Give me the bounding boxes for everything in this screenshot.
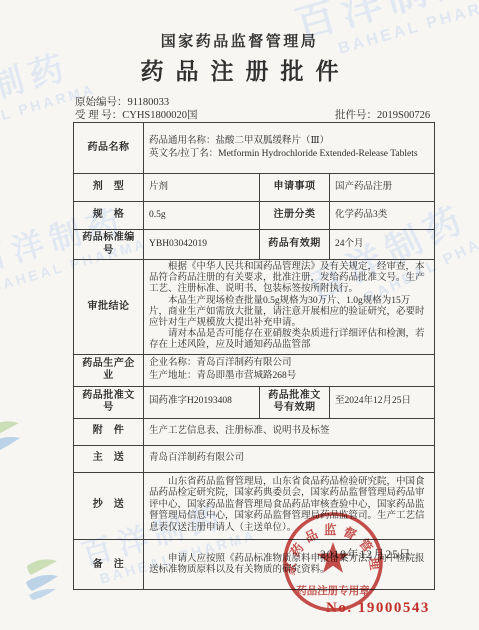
- approval-validity-label: 药品批准文号有效期: [260, 386, 330, 418]
- reg-class-value: 化学药品3类: [330, 202, 435, 230]
- drug-english-name: 英文名/拉丁名：Metformin Hydrochloride Extended…: [149, 148, 429, 161]
- manufacturer-cell: 企业名称：青岛百洋制药有限公司 生产地址：青岛即墨市营城路268号: [144, 354, 435, 386]
- table-row: 附 件 生产工艺信息表、注册标准、说明书及标签: [74, 418, 435, 445]
- application-value: 国产药品注册: [330, 174, 435, 202]
- approval-validity-value: 至2024年12月25日: [330, 386, 435, 418]
- table-row: 剂 型 片剂 申请事项 国产药品注册: [74, 174, 435, 202]
- drug-generic-name: 药品通用名称：盐酸二甲双胍缓释片（Ⅲ）: [149, 135, 429, 148]
- main-recipient-value: 青岛百洋制药有限公司: [144, 445, 435, 472]
- conclusion-paragraph-2: 本品生产现场检查批量0.5g规格为30万片、1.0g规格为15万片，商业生产如需…: [149, 296, 429, 330]
- reg-class-label: 注册分类: [260, 202, 330, 230]
- approval-doc-number-value: 2019S00726: [377, 110, 430, 121]
- baheal-logo-icon: [0, 420, 22, 464]
- baheal-logo-icon: [24, 558, 60, 602]
- table-row: 药品生产企业 企业名称：青岛百洋制药有限公司 生产地址：青岛即墨市营城路268号: [74, 354, 435, 386]
- issuing-authority-title: 国家药品监督管理局: [0, 30, 479, 51]
- main-recipient-label: 主 送: [74, 445, 144, 472]
- table-row: 药品批准文号 国药准字H20193408 药品批准文号有效期 至2024年12月…: [74, 386, 435, 418]
- conclusion-cell: 根据《中华人民共和国药品管理法》及有关规定，经审查，本品符合药品注册的有关要求，…: [144, 260, 435, 355]
- table-row: 审批结论 根据《中华人民共和国药品管理法》及有关规定，经审查，本品符合药品注册的…: [74, 260, 435, 355]
- approval-document-page: 百洋制药 BAHEAL PHARMA 百洋制药 BAHEAL PHARMA 百洋…: [0, 0, 479, 630]
- table-row: 主 送 青岛百洋制药有限公司: [74, 445, 435, 472]
- seal-type-text: 药品注册专用章: [296, 584, 370, 597]
- dosage-form-label: 剂 型: [74, 174, 144, 202]
- seal-star-icon: [317, 542, 349, 573]
- acceptance-number-label: 受 理 号：: [75, 110, 122, 121]
- validity-label: 药品有效期: [260, 230, 330, 260]
- spec-label: 规 格: [74, 202, 144, 230]
- approval-doc-number-label: 批件号：: [335, 110, 377, 121]
- document-title: 药品注册批件: [0, 53, 479, 86]
- conclusion-paragraph-1: 根据《中华人民共和国药品管理法》及有关规定，经审查，本品符合药品注册的有关要求，…: [149, 262, 429, 296]
- table-row: 规 格 0.5g 注册分类 化学药品3类: [74, 202, 435, 230]
- validity-value: 24个月: [330, 230, 435, 260]
- acceptance-number-line: 受 理 号：CYHS1800020国: [75, 107, 198, 122]
- table-row: 药品名称 药品通用名称：盐酸二甲双胍缓释片（Ⅲ） 英文名/拉丁名：Metform…: [74, 123, 435, 174]
- cc-label: 抄 送: [74, 472, 144, 539]
- attachments-value: 生产工艺信息表、注册标准、说明书及标签: [144, 418, 435, 445]
- approval-no-label: 药品批准文号: [74, 386, 144, 418]
- approval-no-value: 国药准字H20193408: [144, 386, 260, 418]
- drug-name-label: 药品名称: [74, 123, 144, 174]
- approval-doc-number-line: 批件号：2019S00726: [335, 107, 430, 122]
- serial-number: No. 19000543: [326, 600, 430, 617]
- table-row: 药品标准编号 YBH03042019 药品有效期 24个月: [74, 230, 435, 260]
- conclusion-paragraph-3: 请对本品是否可能存在亚硝胺类杂质进行详细评估和检测，若存在上述风险，应及时通知药…: [149, 329, 429, 351]
- spec-value: 0.5g: [144, 202, 260, 230]
- dosage-form-value: 片剂: [144, 174, 260, 202]
- drug-name-cell: 药品通用名称：盐酸二甲双胍缓释片（Ⅲ） 英文名/拉丁名：Metformin Hy…: [144, 123, 435, 174]
- manufacturer-company: 企业名称：青岛百洋制药有限公司: [149, 357, 429, 370]
- official-seal-stamp: 国家药品监督管理局 药品注册专用章: [281, 510, 385, 614]
- attachments-label: 附 件: [74, 418, 144, 445]
- standard-no-label: 药品标准编号: [74, 230, 144, 260]
- manufacturer-label: 药品生产企业: [74, 354, 144, 386]
- manufacturer-address: 生产地址：青岛即墨市营城路268号: [149, 370, 429, 383]
- application-label: 申请事项: [260, 174, 330, 202]
- remarks-label: 备 注: [74, 539, 144, 589]
- standard-no-value: YBH03042019: [144, 230, 260, 260]
- acceptance-number-value: CYHS1800020国: [122, 110, 197, 121]
- conclusion-label: 审批结论: [74, 260, 144, 355]
